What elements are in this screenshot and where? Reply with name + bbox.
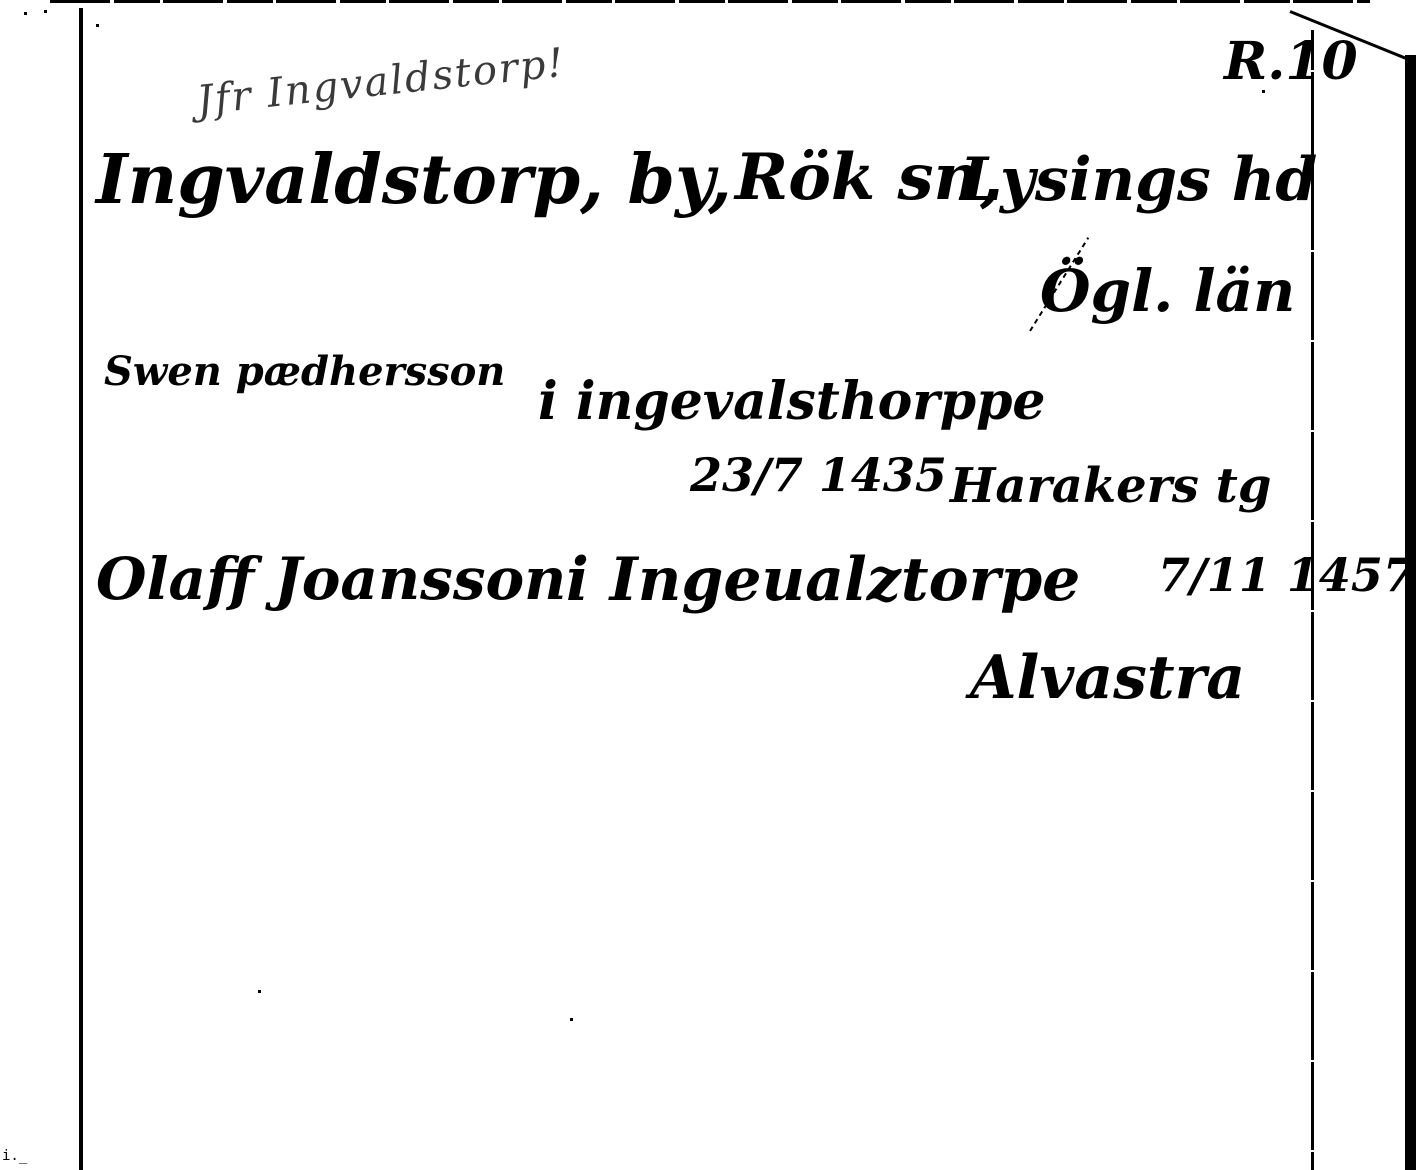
scan-speck — [96, 24, 99, 27]
card-top-edge — [50, 0, 1370, 3]
entry-2-form: i Ingeualztorpe — [566, 550, 1080, 610]
card-right-edge — [1405, 55, 1416, 1170]
scan-speck — [24, 12, 27, 15]
entry-2-date: 7/11 1457 — [1158, 552, 1415, 598]
left-margin-rule — [79, 8, 83, 1170]
reference-code: R.10 — [1224, 36, 1358, 88]
scan-edge-mark: i._ — [2, 1148, 27, 1164]
entry-1-source: Harakers tg — [950, 462, 1271, 510]
place-name: Ingvaldstorp, by, — [96, 146, 732, 214]
pencil-cross-reference: Jfr Ingvaldstorp! — [195, 43, 567, 121]
entry-2-source: Alvastra — [970, 648, 1245, 708]
index-card: R.10 Jfr Ingvaldstorp! Ingvaldstorp, by,… — [0, 0, 1418, 1170]
hundred: Lysings hd — [960, 150, 1317, 210]
entry-1-name: Swen pædhersson — [104, 352, 505, 392]
county: Ögl. län — [1040, 262, 1295, 320]
scan-speck — [258, 990, 261, 993]
scan-speck — [44, 10, 47, 13]
entry-1-date: 23/7 1435 — [690, 452, 947, 498]
entry-2-name: Olaff Joansson — [96, 550, 566, 608]
entry-1-form: i ingevalsthorppe — [538, 376, 1046, 428]
scan-speck — [570, 1018, 573, 1021]
